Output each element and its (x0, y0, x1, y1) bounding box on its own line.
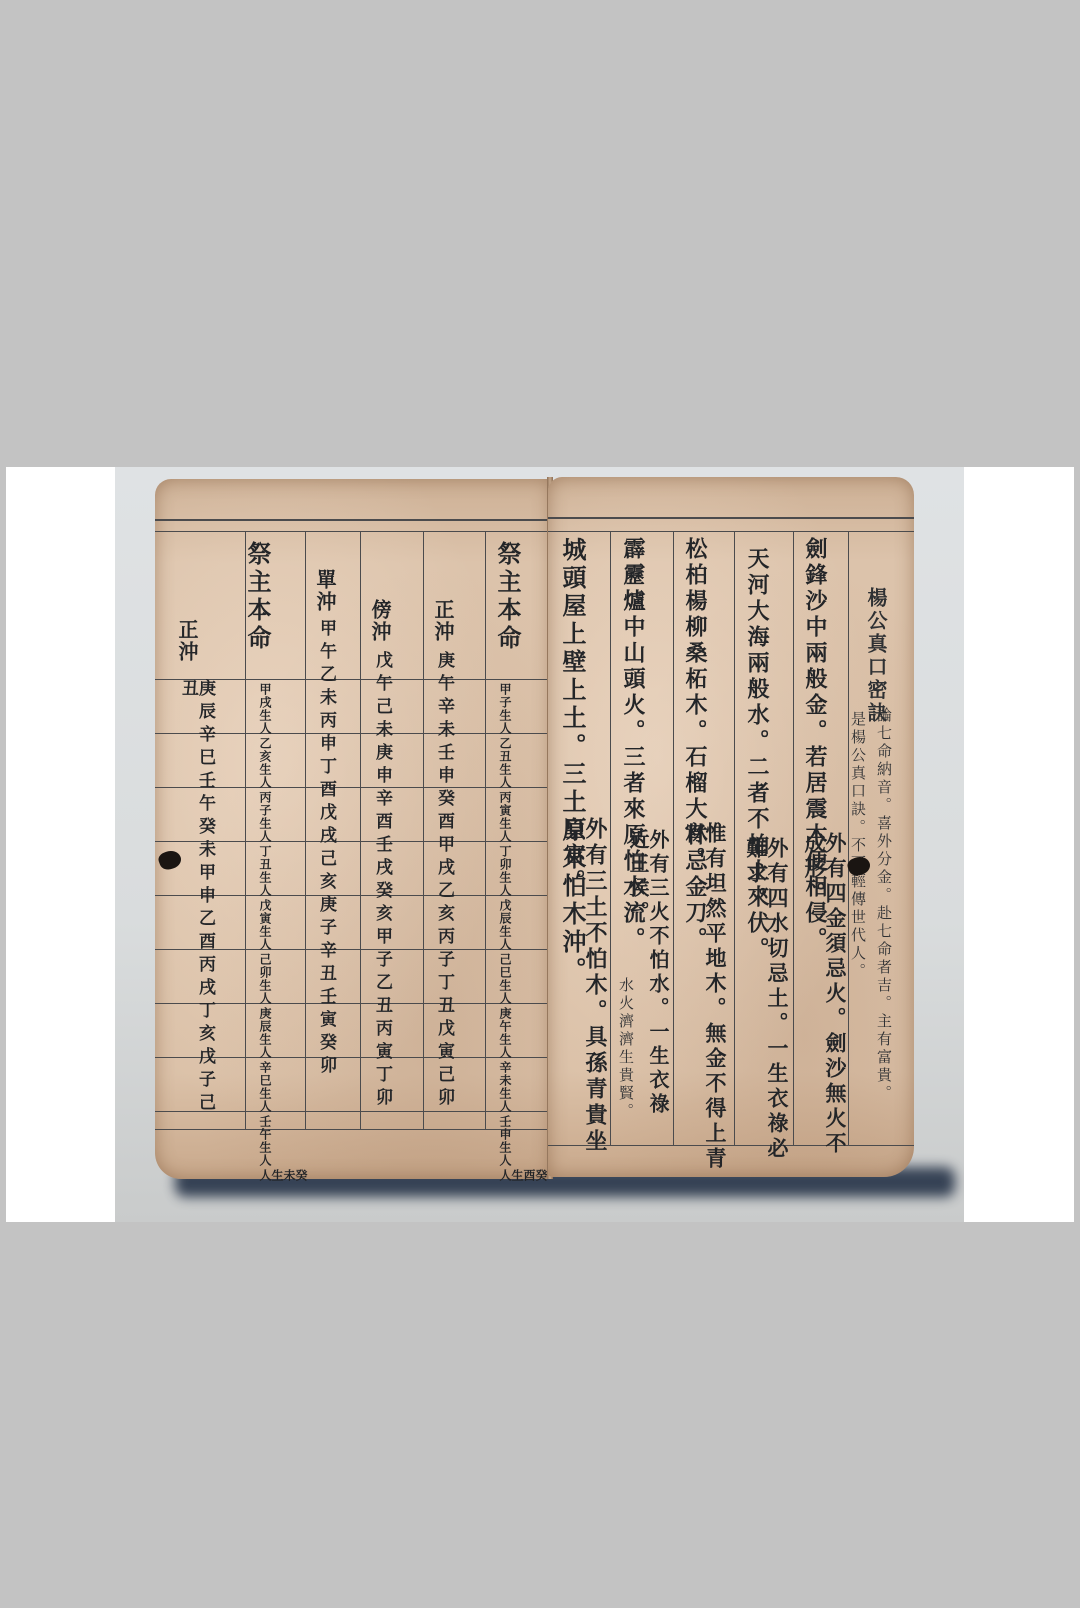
header-title-left: 祭主本命 (245, 541, 269, 653)
born-cell: 己巳生人 (499, 953, 511, 1005)
grid-vline (305, 531, 306, 1129)
top-rule-inner (155, 531, 551, 532)
born-cell: 乙丑生人 (499, 737, 511, 789)
born-cell: 戊辰生人 (499, 899, 511, 951)
born-cell: 甲戌生人 (259, 683, 271, 735)
ganzhi-column: 庚午辛未壬申癸酉甲戌乙亥丙子丁丑戊寅己卯 (435, 651, 452, 1121)
born-cell: 己卯生人 (259, 953, 271, 1005)
top-rule-inner (548, 531, 914, 532)
verse-metal-lower: 外有四金須忌火。劍沙無火不成形。 (804, 832, 846, 1177)
column-rule (610, 531, 611, 1145)
born-cell: 壬午生人 (259, 1115, 271, 1167)
born-cell: 庚辰生人 (259, 1007, 271, 1059)
verse-earth-lower: 外有三土不怕木。具孫青貴坐皇宮。 (562, 817, 606, 1177)
manuscript-photo: 祭主本命 祭主本命 正沖 傍沖 單沖 正沖 庚午辛未壬申癸酉甲戌乙亥丙子丁丑戊寅… (115, 467, 964, 1222)
born-cell: 辛未生人 (499, 1061, 511, 1113)
verse-wood-lower: 惟有坦然平地木。無金不得上青宵。 (684, 822, 726, 1177)
verse-fire-sub: 水火濟濟生貴賢。 (618, 977, 633, 1121)
document-title: 楊公真口密訣 (866, 587, 886, 725)
grid-vline (423, 531, 424, 1129)
title-note: 論七命納音。喜外分金。赴七命者吉。主有富貴。 (876, 707, 891, 1147)
column-rule (793, 531, 794, 1145)
column-rule (673, 531, 674, 1145)
title-note-2: 是楊公真口訣。不可輕傳世代人。 (850, 711, 865, 981)
bottom-rule (155, 1129, 551, 1130)
born-cell: 壬申生人 (499, 1115, 511, 1167)
born-cell: 丙子生人 (259, 791, 271, 843)
ganzhi-column: 甲午乙未丙申丁酉戊戌己亥庚子辛丑壬寅癸卯 (317, 619, 334, 1119)
right-page: 楊公真口密訣 論七命納音。喜外分金。赴七命者吉。主有富貴。 是楊公真口訣。不可輕… (548, 477, 914, 1177)
born-cell: 癸酉生人 (499, 1169, 547, 1182)
chong-label-bang: 傍沖 (370, 599, 390, 643)
top-rule (548, 517, 914, 519)
ganzhi-column: 戊午己未庚申辛酉壬戌癸亥甲子乙丑丙寅丁卯 (373, 651, 390, 1121)
born-cell: 癸未生人 (259, 1169, 307, 1182)
chong-label-zheng-right: 正沖 (433, 599, 453, 643)
ganzhi-column: 庚辰辛巳壬午癸未甲申乙酉丙戌丁亥戊子己丑 (179, 679, 213, 1119)
column-rule (734, 531, 735, 1145)
top-rule (155, 519, 551, 521)
born-cell: 乙亥生人 (259, 737, 271, 789)
grid-vline (485, 531, 486, 1129)
born-cell: 甲子生人 (499, 683, 511, 735)
born-cell: 丁丑生人 (259, 845, 271, 897)
grid-vline (360, 531, 361, 1129)
born-cell: 庚午生人 (499, 1007, 511, 1059)
born-cell: 丁卯生人 (499, 845, 511, 897)
chong-label-dan: 單沖 (315, 569, 335, 613)
header-title-right: 祭主本命 (495, 541, 519, 653)
born-cell: 戊寅生人 (259, 899, 271, 951)
born-cell: 辛巳生人 (259, 1061, 271, 1113)
verse-water-lower: 外有四水切忌土。一生衣祿必難求。 (746, 837, 788, 1177)
left-page: 祭主本命 祭主本命 正沖 傍沖 單沖 正沖 庚午辛未壬申癸酉甲戌乙亥丙子丁丑戊寅… (155, 479, 551, 1179)
born-cell: 丙寅生人 (499, 791, 511, 843)
chong-label-zheng-left: 正沖 (177, 619, 197, 663)
